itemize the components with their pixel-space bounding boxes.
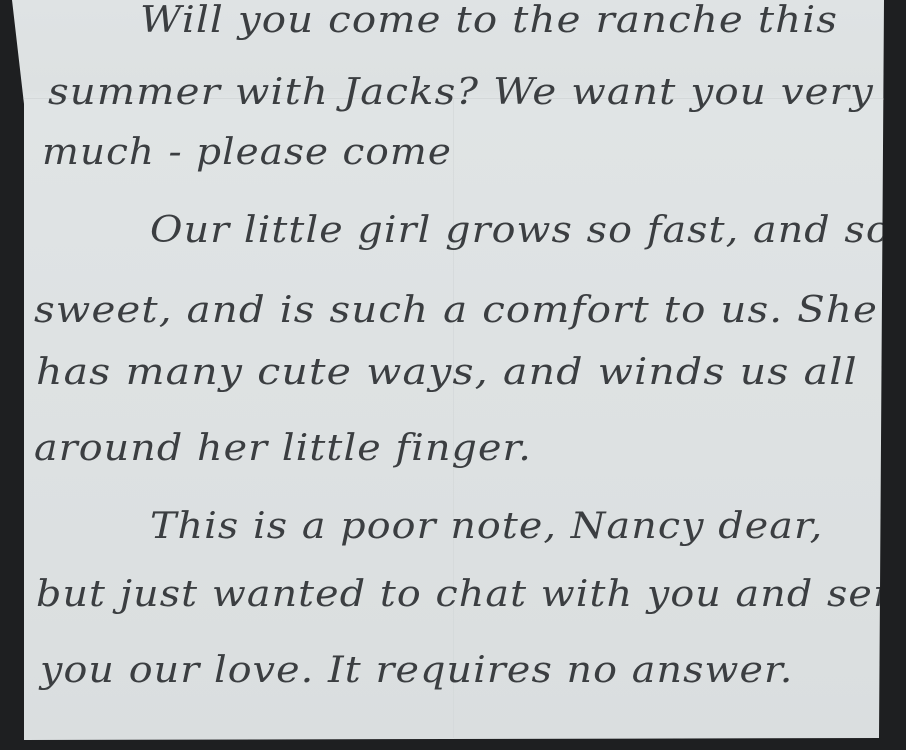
document-viewer: Will you come to the ranche this summer … [0, 0, 906, 750]
vertical-fold-line [453, 98, 454, 738]
handwritten-line: This is a poor note, Nancy dear, [150, 506, 823, 547]
handwritten-line: has many cute ways, and winds us all [36, 352, 858, 393]
letter-page: Will you come to the ranche this summer … [0, 0, 906, 750]
handwritten-line: around her little finger. [34, 428, 532, 469]
handwritten-line: but just wanted to chat with you and sen… [36, 574, 906, 615]
handwritten-line: sweet, and is such a comfort to us. She [34, 290, 878, 331]
handwritten-line: much - please come [42, 132, 452, 173]
handwritten-line: Will you come to the ranche this [140, 0, 838, 41]
handwritten-line: summer with Jacks? We want you very [48, 72, 874, 113]
handwritten-line: Our little girl grows so fast, and so [150, 210, 891, 251]
handwritten-line: you our love. It requires no answer. [40, 650, 793, 691]
